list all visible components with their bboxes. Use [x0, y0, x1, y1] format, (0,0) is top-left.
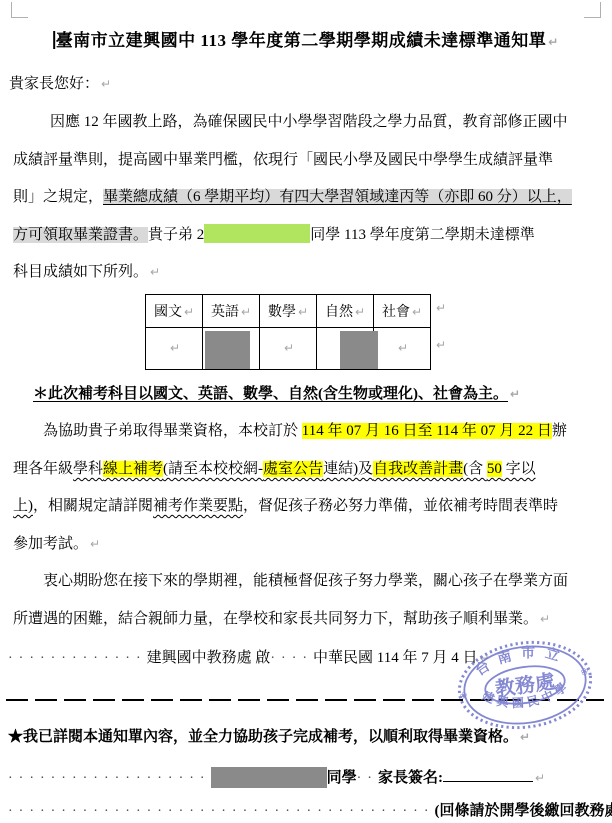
greeting: 貴家長您好：↵: [9, 73, 111, 95]
makeup-date-range-highlight: 114 年 07 月 16 日至 114 年 07 月 22 日: [302, 423, 552, 439]
para1-line5: 科目成績如下所列。↵: [13, 261, 160, 283]
para1-line3: 則」之規定，畢業總成績（6 學期平均）有四大學習領域達丙等（亦即 60 分）以上…: [13, 186, 572, 208]
signature-row: ···················同學··家長簽名:↵: [8, 767, 545, 790]
notice-document: 臺南市立建興國中 113 學年度第二學期學期成績未達標準通知單↵ 貴家長您好：↵…: [0, 0, 612, 823]
score-cell-math: ↵: [260, 328, 317, 370]
stamp-flower-right: ❀: [580, 666, 589, 677]
table-header-science: 自然↵: [317, 295, 374, 328]
makeup-subjects-note: ＊此次補考科目以國文、英語、數學、自然(含生物或理化)、社會為主。↵: [33, 383, 520, 405]
office-signoff: 建興國中教務處 啟: [147, 650, 271, 666]
return-note-row: ········································…: [8, 800, 612, 823]
parent-signature-label: 家長簽名:: [378, 770, 443, 786]
para2-line2-plain: 理各年級: [13, 461, 73, 477]
page-title: 臺南市立建興國中 113 學年度第二學期學期成績未達標準通知單↵: [53, 30, 559, 53]
dot-leader: ········································: [8, 804, 434, 819]
pilcrow-mark: ↵: [170, 341, 180, 355]
pilcrow-mark: ↵: [150, 265, 160, 279]
pilcrow-mark: ↵: [548, 35, 559, 49]
para2-line3: 上)，相關規定請詳閱補考作業要點，督促孩子務必努力準備，並依補考時間表準時: [13, 495, 558, 517]
para2-line1: 為協助貴子弟取得畢業資格，本校訂於 114 年 07 月 16 日至 114 年…: [43, 420, 567, 442]
pilcrow-mark: ↵: [510, 387, 520, 401]
margin-corner-mark-right: [584, 2, 601, 18]
para1-line4-plain: 貴子弟 2: [148, 227, 204, 243]
pilcrow-mark: ↵: [436, 301, 446, 315]
scores-table: 國文↵ 英語↵ 數學↵ 自然↵ 社會↵ ↵ ↵ ↵ ↵ ↵: [145, 294, 431, 370]
para1-line5-text: 科目成績如下所列。: [13, 264, 148, 280]
dot-leader: ··: [357, 771, 378, 786]
pilcrow-mark: ↵: [436, 338, 446, 352]
para1-line3-plain: 則」之規定，: [13, 189, 103, 205]
pilcrow-mark: ↵: [90, 537, 100, 551]
table-header-english: 英語↵: [203, 295, 260, 328]
score-cell-social: ↵: [374, 328, 431, 370]
parent-acknowledgement: ★我已詳閱本通知單內容，並全力協助孩子完成補考，以順利取得畢業資格。↵: [8, 726, 530, 748]
pilcrow-mark: ↵: [355, 305, 365, 319]
pilcrow-mark: ↵: [412, 305, 422, 319]
table-header-math: 數學↵: [260, 295, 317, 328]
graduation-rule-highlight-2: 方可領取畢業證書。: [13, 227, 148, 243]
pilcrow-mark: ↵: [101, 77, 111, 91]
pilcrow-mark: ↵: [535, 771, 545, 785]
closing-line: ·············建興國中教務處 啟····中華民國 114 年 7 月…: [8, 647, 490, 670]
para1-line2: 成績評量準則，提高國中畢業門檻，依現行「國民小學及國民中學學生成績評量準: [13, 149, 553, 171]
graduation-rule-highlight: 畢業總成績（6 學期平均）有四大學習領域達丙等（亦即 60 分）以上，: [103, 189, 572, 205]
para1-line4-after: 同學 113 學年度第二學期未達標準: [310, 227, 534, 243]
stamp-flower-left: ❀: [459, 690, 468, 701]
table-header-chinese: 國文↵: [146, 295, 203, 328]
self-improvement-plan-highlight: 自我改善計畫: [373, 461, 463, 477]
para2-line2: 理各年級學科線上補考(請至本校校網-處室公告連結)及自我改善計畫(含 50 字以: [13, 458, 536, 480]
student-name-redaction-bottom: [211, 767, 327, 788]
pilcrow-mark: ↵: [398, 341, 408, 355]
table-score-row: ↵ ↵ ↵ ↵ ↵: [146, 328, 431, 370]
online-makeup-highlight: 線上補考: [103, 461, 163, 477]
para2-line4: 參加考試。↵: [13, 533, 100, 555]
table-header-row: 國文↵ 英語↵ 數學↵ 自然↵ 社會↵: [146, 295, 431, 328]
para1-line2-text: 成績評量準則，提高國中畢業門檻，依現行「國民小學及國民中學學生成績評量準: [13, 152, 553, 168]
student-name-redaction: [204, 224, 310, 243]
office-seal-stamp: 台南市立 建興國民中學 教務處 ❀ ❀: [449, 631, 600, 740]
pilcrow-mark: ↵: [298, 305, 308, 319]
pilcrow-mark: ↵: [184, 305, 194, 319]
pilcrow-mark: ↵: [540, 612, 550, 626]
dot-leader: ·············: [8, 651, 147, 666]
office-announcement-highlight: 處室公告: [263, 461, 323, 477]
title-text: 臺南市立建興國中 113 學年度第二學期學期成績未達標準通知單: [56, 31, 547, 50]
pilcrow-mark: ↵: [241, 305, 251, 319]
dot-leader: ···················: [8, 771, 211, 786]
parent-signature-blank: [443, 767, 533, 782]
text-cursor: [53, 31, 55, 49]
word-count-highlight: 50: [487, 461, 502, 477]
para1-line1: 因應 12 年國教上路，為確保國民中小學學習階段之學力品質，教育部修正國中: [50, 111, 568, 133]
dot-leader: ····: [270, 651, 313, 666]
makeup-rules-wavy: 補考作業要點: [153, 498, 243, 514]
para1-line1-text: 因應 12 年國教上路，為確保國民中小學學習階段之學力品質，教育部修正國中: [50, 114, 568, 130]
makeup-subjects-note-text: ＊此次補考科目以國文、英語、數學、自然(含生物或理化)、社會為主。: [33, 386, 508, 402]
para2-line1-after: 辦: [552, 423, 567, 439]
score-redaction-english: [205, 331, 250, 369]
margin-corner-mark-left: [11, 2, 28, 18]
pilcrow-mark: ↵: [284, 341, 294, 355]
table-header-social: 社會↵: [374, 295, 431, 328]
score-cell-chinese: ↵: [146, 328, 203, 370]
return-note-text: (回條請於開學後繳回教務處): [434, 803, 612, 819]
para2-line1-plain: 為協助貴子弟取得畢業資格，本校訂於: [43, 423, 302, 439]
para1-line4: 方可領取畢業證書。貴子弟 2同學 113 學年度第二學期未達標準: [13, 224, 535, 246]
pilcrow-mark: ↵: [520, 730, 530, 744]
greeting-text: 貴家長您好：: [9, 76, 99, 92]
para3-line2: 所遭遇的困難，結合親師力量，在學校和家長共同努力下，幫助孩子順利畢業。↵: [13, 608, 550, 630]
student-label: 同學: [327, 770, 357, 786]
para3-line1: 衷心期盼您在接下來的學期裡，能積極督促孩子努力學業，關心孩子在學業方面: [43, 570, 568, 592]
score-redaction-science: [340, 331, 378, 369]
